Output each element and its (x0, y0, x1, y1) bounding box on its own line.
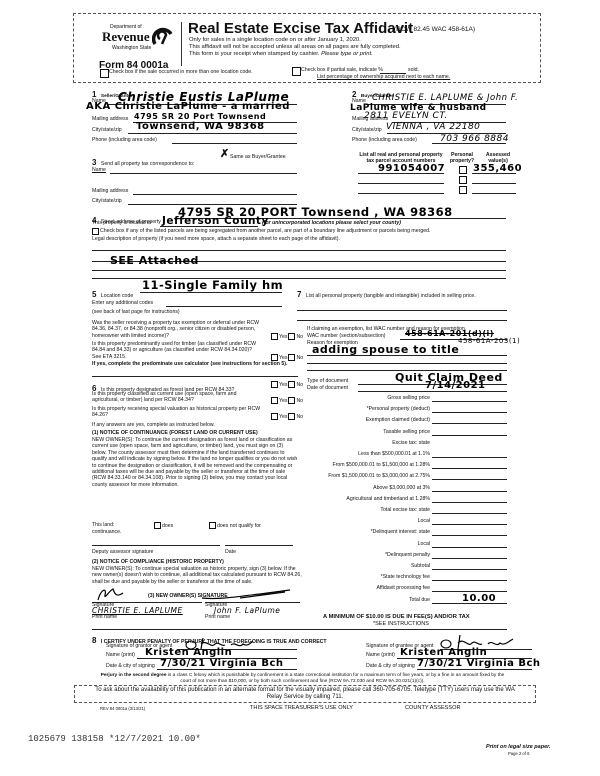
tax-row-field[interactable] (432, 491, 507, 492)
tax-row-label: Total due (409, 597, 430, 603)
tax-row-value: 10.00 (462, 593, 496, 604)
doc-date-field[interactable] (358, 391, 507, 392)
additional-codes-field[interactable] (166, 306, 282, 307)
personal-property-line-2[interactable] (297, 320, 507, 321)
reason-line-2[interactable] (307, 363, 507, 364)
tax-row-field[interactable] (432, 513, 507, 514)
tax-row-label: *Delinquent penalty (385, 552, 430, 558)
section3-name-field[interactable] (110, 173, 297, 174)
q-forest-no-checkbox[interactable] (288, 381, 295, 388)
tax-row-field[interactable] (432, 591, 507, 592)
partial-sale-label: Check box if partial sale, indicate % (301, 67, 383, 73)
does-option[interactable]: does (153, 522, 173, 529)
tax-row-field[interactable] (432, 524, 507, 525)
grantee-date-label: Date & city of signing (366, 663, 415, 669)
parcel-number-value: 991054007 (378, 163, 445, 174)
personal-property-checkbox[interactable] (459, 176, 467, 184)
doc-date-label: Date of document (307, 385, 348, 391)
continuance-label: continuance. (92, 529, 121, 535)
wac-label: WAC number (section/subsection) (307, 333, 386, 339)
grantor-name-label: Name (print) (106, 652, 135, 658)
q-timber: Is this property predominantly used for … (92, 341, 262, 360)
tax-row-field[interactable] (432, 558, 507, 559)
notice1-title: (1) NOTICE OF CONTINUANCE (FOREST LAND O… (92, 430, 258, 436)
personal-property-checkbox[interactable] (459, 186, 467, 194)
legal-desc-value: SEE Attached (110, 254, 199, 267)
buyer-phone-label: Phone (including area code) (352, 137, 417, 143)
section6-divider (92, 376, 298, 377)
treasurer-use-only: THIS SPACE TREASURER'S USE ONLY (250, 705, 353, 711)
reason-line-1[interactable] (307, 355, 507, 356)
page-number: Page 2 of 6 (508, 751, 529, 757)
segregated-label: Check box if any of the listed parcels a… (100, 228, 430, 234)
q-current-yesno[interactable]: YesNo (270, 397, 303, 404)
multi-location-label: Check box if the sale occurred in more t… (109, 69, 253, 75)
owner-signature-1 (95, 585, 125, 603)
owner-signature-2 (200, 588, 295, 602)
tax-row-label: Local (418, 518, 430, 524)
notice1-body: NEW OWNER(S): To continue the current de… (92, 437, 298, 488)
does-checkbox[interactable] (154, 522, 161, 529)
grantee-date-field[interactable] (417, 669, 532, 670)
legal-desc-label: Legal description of property (if you ne… (92, 236, 340, 242)
same-as-buyer-checkbox[interactable]: ✗ (220, 150, 229, 159)
assessed-value-field[interactable] (472, 193, 516, 194)
dept-state: Washington State (112, 45, 151, 51)
dept-name: Revenue (102, 29, 150, 45)
q-historic-no-checkbox[interactable] (288, 413, 295, 420)
notice2-title: (2) NOTICE OF COMPLIANCE (HISTORIC PROPE… (92, 559, 224, 565)
same-as-buyer-label: Same as Buyer/Grantee (230, 154, 286, 160)
subline-3: This form is your receipt when stamped b… (189, 51, 373, 57)
tax-row-label: Above $3,000,000 at 3% (373, 485, 430, 491)
perjury-notice: Perjury in the second degree is a class … (100, 673, 505, 684)
seller-aka-value: AKA Christie LaPlume - a married (86, 101, 290, 112)
personal-property-line-1[interactable] (297, 310, 507, 311)
tax-row-label: Gross selling price (387, 395, 430, 401)
located-in-label: This property is located in (92, 220, 151, 226)
tax-row-field[interactable] (432, 401, 507, 402)
recording-stamp: 1025679 138158 *12/7/2021 10.00* (28, 734, 201, 744)
q-forest-yes-checkbox[interactable] (271, 381, 278, 388)
location-code-value: 11-Single Family hm (142, 278, 283, 292)
does-not-checkbox[interactable] (209, 522, 216, 529)
tax-row-label: *State technology fee (381, 574, 430, 580)
notice2-body: NEW OWNER(S): To continue special valuat… (92, 566, 302, 585)
personal-property-checkbox[interactable] (459, 166, 467, 174)
q-current-use: Is this property classified as current u… (92, 391, 262, 404)
buyer-name-value: CHRISTIE E. LAPLUME & John F. (372, 93, 518, 103)
tax-row-label: Total excise tax: state (380, 507, 430, 513)
tax-row-field[interactable] (432, 423, 507, 424)
buyer-phone-value: 703 966 8884 (440, 134, 509, 144)
tax-row-field[interactable] (432, 468, 507, 469)
form-title: Real Estate Excise Tax Affidavit (188, 20, 413, 37)
seller-mailing-value: 4795 SR 20 Port Townsend (134, 112, 266, 121)
tax-row-label: From $500,000.01 to $1,500,000 at 1.28% (333, 462, 430, 468)
header-divider (181, 22, 182, 66)
assessed-value-field[interactable] (472, 183, 516, 184)
tax-row-field[interactable] (432, 535, 507, 536)
ownership-note: List percentage of ownership acquired ne… (317, 74, 450, 80)
wac-value: 458-61A-203(1) (458, 337, 520, 345)
q-exemption: Was the seller receiving a property tax … (92, 320, 270, 339)
seller-city-value: Townsend, WA 98368 (136, 121, 265, 132)
q-timber-yes-checkbox[interactable] (271, 354, 278, 361)
county-value: Jefferson County (162, 215, 269, 227)
parcel-number-field[interactable] (358, 193, 444, 194)
tax-row-label: Excise tax: state (392, 440, 430, 446)
buyer-city-value: VIENNA , VA 22180 (386, 122, 480, 132)
county-note: (for unincorporated locations please sel… (262, 220, 401, 226)
partial-sold-label: sold. (408, 67, 419, 73)
legal-line-1[interactable] (92, 250, 506, 251)
q-historic-yesno[interactable]: YesNo (270, 413, 303, 420)
tax-row-label: Subtotal (411, 563, 430, 569)
grantor-date-value: 7/30/21 Virginia Bch (160, 658, 284, 669)
subline-2: This affidavit will not be accepted unle… (189, 44, 401, 50)
buyer-city-label: City/state/zip (352, 127, 382, 133)
q-historic: Is this property receiving special valua… (92, 406, 262, 419)
grantor-date-field[interactable] (157, 669, 297, 670)
form-title-ref: (RCW 82.45 WAC 458-61A) (394, 27, 475, 33)
tax-row-label: Local (418, 541, 430, 547)
section3-mailing-field[interactable] (133, 194, 297, 195)
q-current-no-checkbox[interactable] (288, 397, 295, 404)
tax-row-label: From $1,500,000.01 to $3,000,000 at 2.75… (328, 473, 430, 479)
tax-row-field[interactable] (432, 580, 507, 581)
section3-city-label: City/state/zip (92, 198, 122, 204)
seller-city-field[interactable] (128, 133, 297, 134)
grantor-date-label: Date & city of signing (106, 663, 155, 669)
grantee-name-value: Kristen Anglin (400, 647, 487, 658)
tax-row-field[interactable] (432, 569, 507, 570)
deputy-signature-field[interactable] (92, 545, 220, 546)
section3-mailing-label: Mailing address (92, 188, 128, 194)
dor-logo: Department of Revenue Washington State (100, 24, 175, 64)
assessed-value-value: 355,460 (473, 163, 522, 174)
deputy-date-field[interactable] (225, 545, 293, 546)
multi-location-checkbox[interactable] (100, 69, 109, 78)
seller-mailing-label: Mailing address (92, 116, 128, 122)
this-land-label: This land: (92, 522, 115, 528)
q-timber-no-checkbox[interactable] (288, 354, 295, 361)
legal-paper-note: Print on legal size paper. (486, 744, 551, 750)
q-exemption-yesno[interactable]: YesNo (270, 333, 303, 340)
buyer-mailing-value: 2811 EVELYN CT. (364, 111, 448, 121)
q-current-yes-checkbox[interactable] (271, 397, 278, 404)
rev-number: REV 84 0001a (3/13/21) (100, 706, 145, 712)
accessibility-notice: To ask about the availability of this pu… (90, 687, 520, 700)
tax-row-field[interactable] (432, 435, 507, 436)
q-exemption-yes-checkbox[interactable] (271, 333, 278, 340)
q-exemption-no-checkbox[interactable] (288, 333, 295, 340)
deputy-date-label: Date (225, 549, 236, 555)
seller-phone-label: Phone (including area code) (92, 137, 157, 143)
tax-row-field[interactable] (432, 502, 507, 503)
additional-codes-label: Enter any additional codes (92, 300, 153, 306)
tax-row-label: *Personal property (deduct) (367, 406, 430, 412)
parcel-number-field[interactable] (358, 183, 444, 184)
legal-line-3[interactable] (92, 270, 506, 271)
seller-city-label: City/state/zip (92, 127, 122, 133)
personal-property-label: 7 List all personal property (tangible a… (297, 284, 509, 302)
tax-row-label: *Delinquent interest: state (371, 529, 430, 535)
tax-row-label: Exemption claimed (deduct) (366, 417, 430, 423)
revenue-logo-icon (152, 26, 174, 46)
tax-row-label: Less than $500,000.01 at 1.1% (358, 451, 430, 457)
tax-row-field[interactable] (432, 457, 507, 458)
tax-row-field[interactable] (432, 412, 507, 413)
if-yes-note: If any answers are yes, complete as inst… (92, 422, 215, 428)
deputy-sig-label: Deputy assessor signature (92, 549, 153, 555)
seller-phone-field[interactable] (172, 143, 297, 144)
q-historic-yes-checkbox[interactable] (271, 413, 278, 420)
q-timber-note: If yes, complete the predominate use cal… (92, 361, 292, 367)
section3-header: 3 Send all property tax correspondence t… (92, 152, 194, 170)
subline-1: Only for sales in a single location code… (189, 37, 361, 43)
partial-sale-checkbox[interactable] (292, 67, 301, 76)
grantee-date-value: 7/30/21 Virginia Bch (417, 658, 541, 669)
tax-row-label: Taxable selling price (383, 429, 430, 435)
tax-row-field[interactable] (432, 479, 507, 480)
tax-row-label: Affidavit processing fee (376, 585, 430, 591)
print-name-label-2: Print name (205, 614, 230, 620)
section3-name-label: Name (92, 167, 106, 173)
tax-row-field[interactable] (432, 547, 507, 548)
location-code-field[interactable] (140, 292, 282, 293)
minimum-due-note: A MINIMUM OF $10.00 IS DUE IN FEE(S) AND… (323, 614, 470, 620)
print-name-label-1: Print name (92, 614, 117, 620)
q-forest-yesno[interactable]: YesNo (270, 381, 303, 388)
tax-row-label: Agricultural and timberland at 1.28% (346, 496, 430, 502)
see-instructions-note: *SEE INSTRUCTIONS (373, 621, 429, 627)
county-assessor: COUNTY ASSESSOR (405, 705, 461, 711)
does-not-option[interactable]: does not qualify for (208, 522, 261, 529)
doc-type-label: Type of document (307, 378, 348, 384)
grantor-name-value: Kristen Anglin (145, 647, 232, 658)
segregated-checkbox[interactable] (92, 228, 99, 235)
doc-date-value: 7/14/2021 (425, 380, 486, 391)
additional-codes-note: (see back of last page for instructions) (92, 309, 180, 315)
grantee-name-label: Name (print) (366, 652, 395, 658)
